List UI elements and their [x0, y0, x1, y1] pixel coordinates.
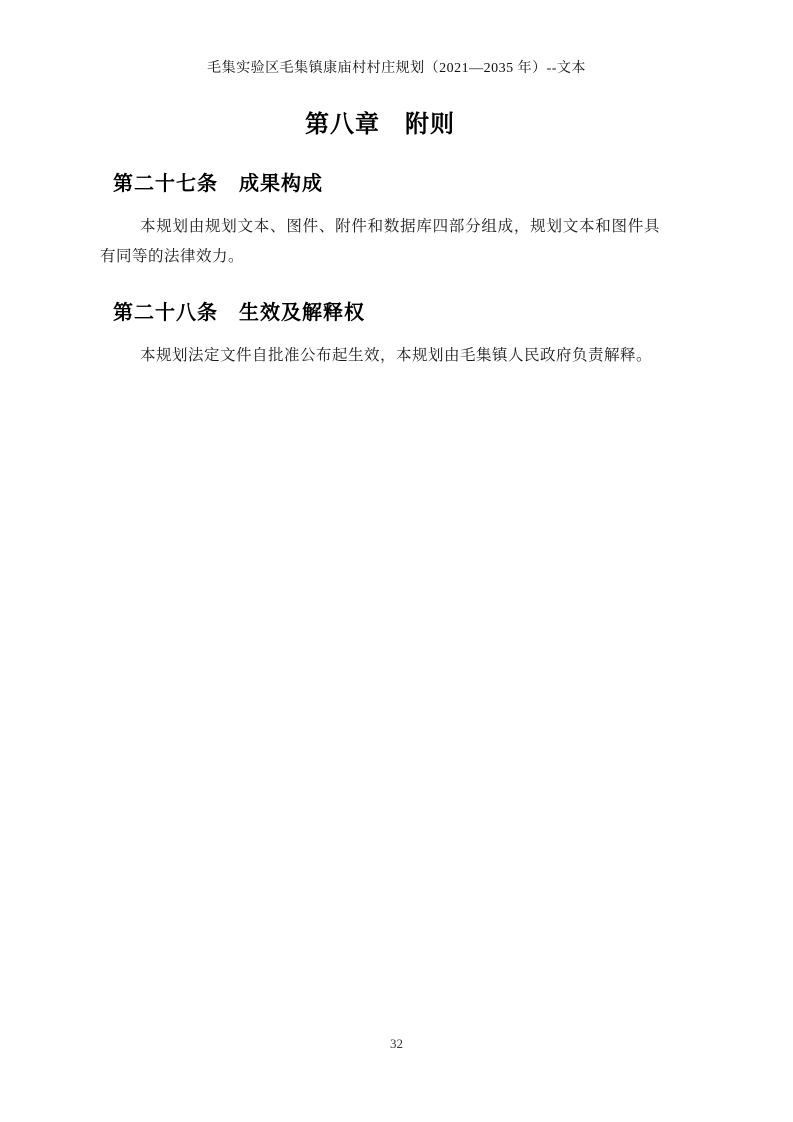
section-heading-27: 第二十七条 成果构成	[113, 167, 660, 196]
document-page: 毛集实验区毛集镇康庙村村庄规划（2021—2035 年）--文本 第八章 附则 …	[0, 0, 793, 1122]
section-body-27: 本规划由规划文本、图件、附件和数据库四部分组成，规划文本和图件具有同等的法律效力…	[100, 212, 660, 272]
chapter-title: 第八章 附则	[100, 104, 660, 139]
document-content: 第八章 附则 第二十七条 成果构成 本规划由规划文本、图件、附件和数据库四部分组…	[100, 104, 660, 375]
page-number: 32	[0, 1036, 793, 1052]
running-header: 毛集实验区毛集镇康庙村村庄规划（2021—2035 年）--文本	[0, 57, 793, 77]
section-body-28: 本规划法定文件自批准公布起生效，本规划由毛集镇人民政府负责解释。	[100, 341, 660, 371]
section-heading-28: 第二十八条 生效及解释权	[113, 296, 660, 325]
